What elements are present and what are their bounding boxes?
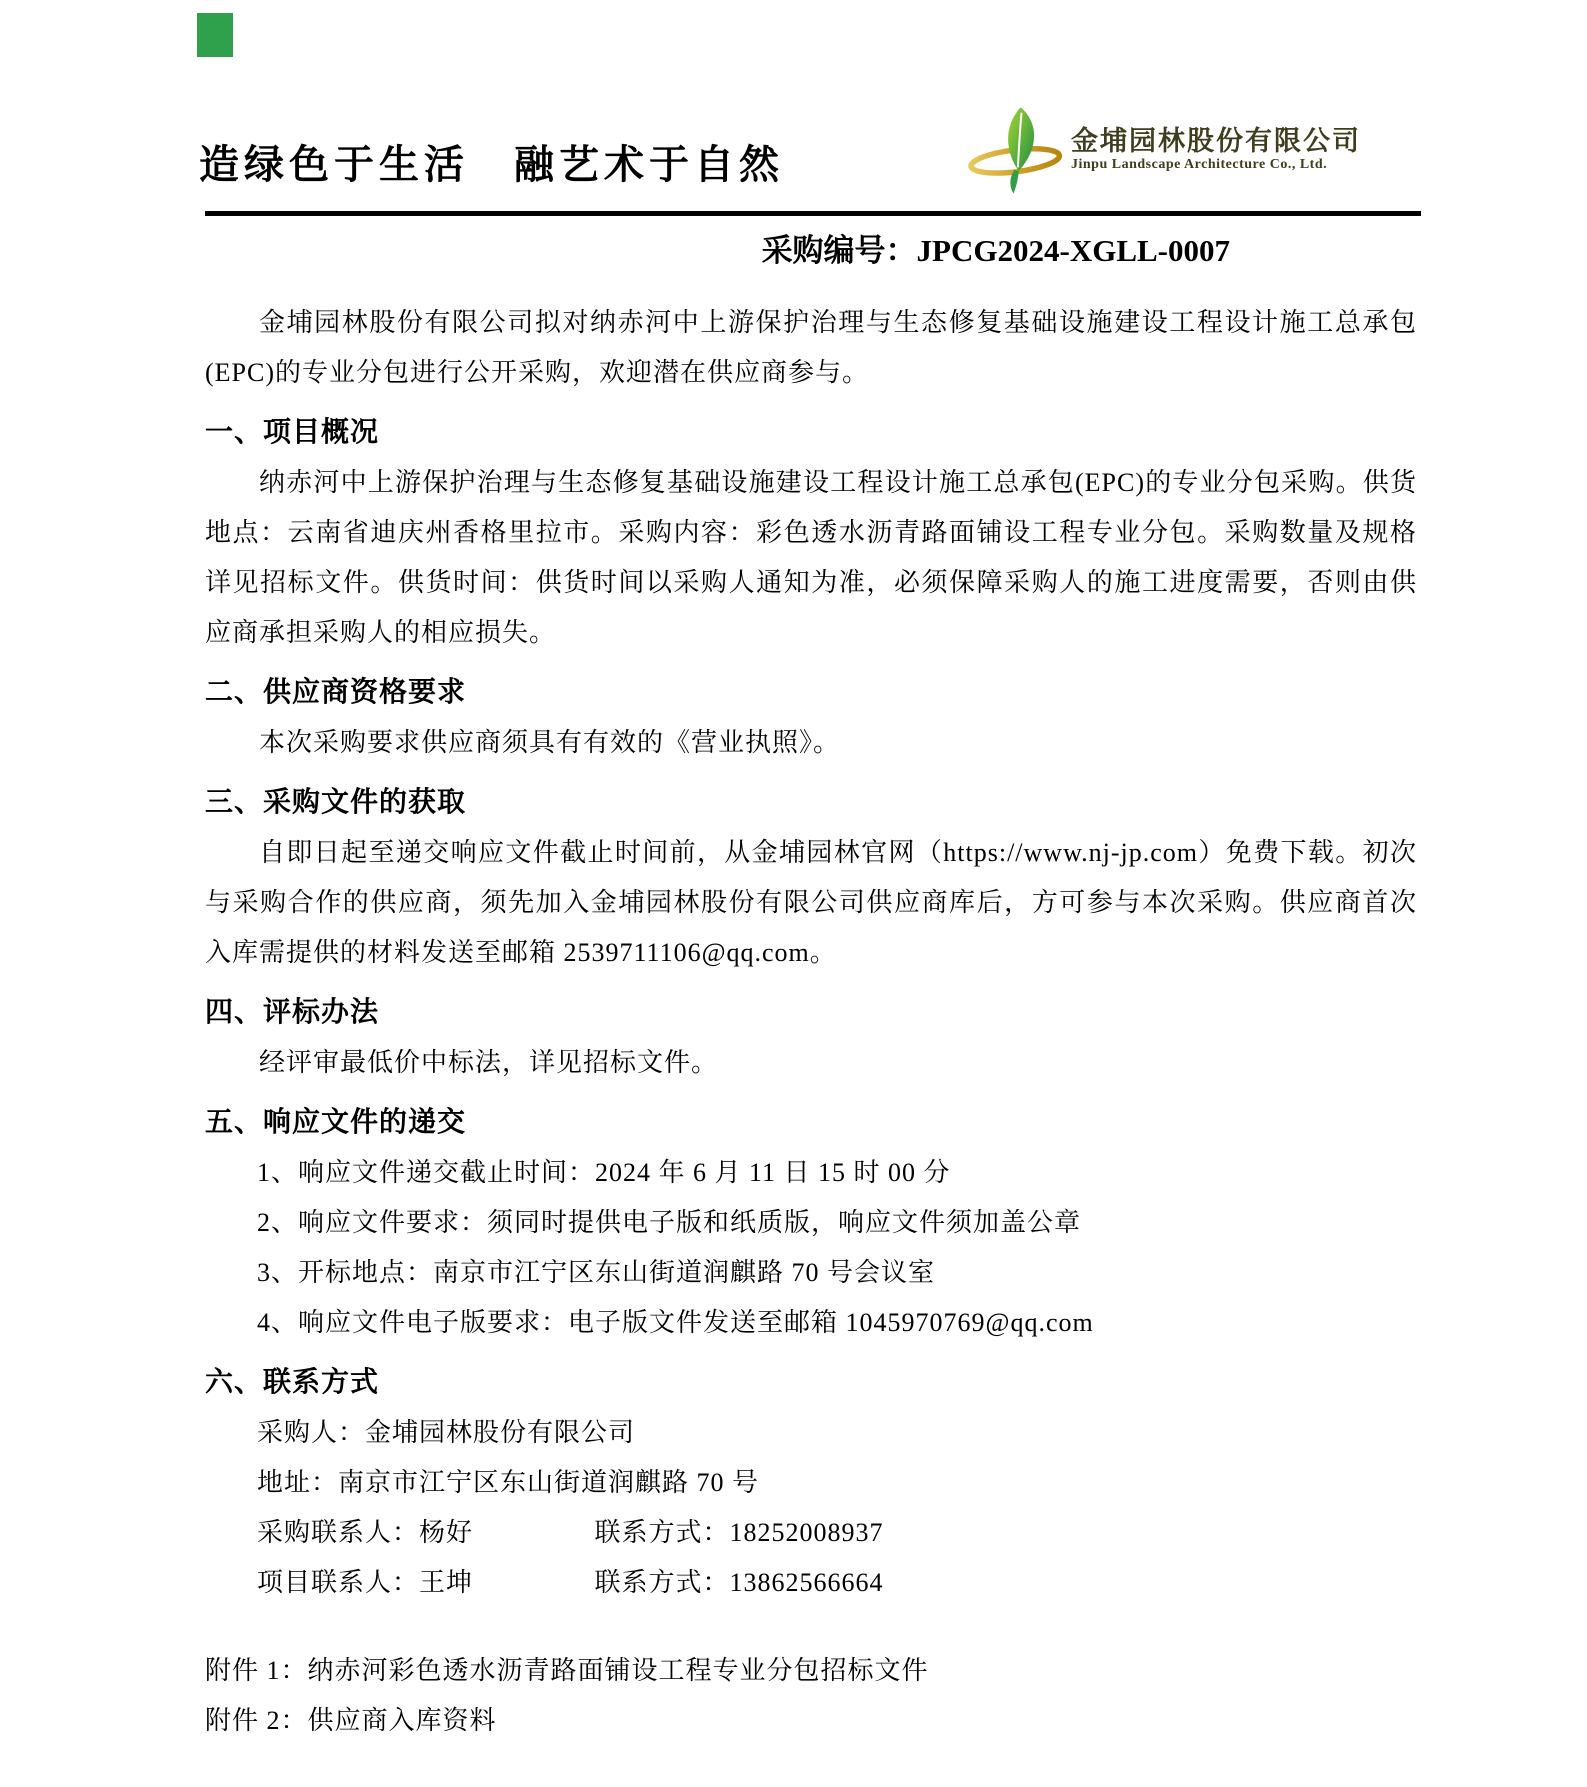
- contact-address: 地址：南京市江宁区东山街道润麒路 70 号: [257, 1458, 759, 1508]
- section-heading-evaluation-method: 四、评标办法: [205, 988, 1417, 1038]
- contact-phone-procurement: 联系方式：18252008937: [595, 1518, 884, 1547]
- evaluation-method-paragraph: 经评审最低价中标法，详见招标文件。: [205, 1038, 1417, 1088]
- attachment-2: 附件 2：供应商入库资料: [205, 1696, 1417, 1746]
- company-logo: 金埔园林股份有限公司 Jinpu Landscape Architecture …: [967, 104, 1361, 196]
- section-heading-response-submission: 五、响应文件的递交: [205, 1098, 1417, 1148]
- company-name-en: Jinpu Landscape Architecture Co., Ltd.: [1071, 156, 1361, 174]
- document-body: 采购编号：JPCG2024-XGLL-0007 金埔园林股份有限公司拟对纳赤河中…: [205, 230, 1417, 1746]
- contact-person-project: 项目联系人：王坤: [257, 1558, 587, 1608]
- contact-purchaser: 采购人：金埔园林股份有限公司: [257, 1408, 635, 1458]
- document-page: 造绿色于生活 融艺术于自然: [0, 0, 1587, 1787]
- header-divider: [205, 211, 1421, 216]
- submission-item-bid-opening-location: 3、开标地点：南京市江宁区东山街道润麒路 70 号会议室: [205, 1248, 1417, 1298]
- document-acquisition-paragraph: 自即日起至递交响应文件截止时间前，从金埔园林官网（https://www.nj-…: [205, 828, 1417, 978]
- contact-row-purchaser: 采购人：金埔园林股份有限公司: [205, 1408, 1417, 1458]
- section-heading-document-acquisition: 三、采购文件的获取: [205, 778, 1417, 828]
- attachment-1: 附件 1：纳赤河彩色透水沥青路面铺设工程专业分包招标文件: [205, 1646, 1417, 1696]
- supplier-qualification-paragraph: 本次采购要求供应商须具有有效的《营业执照》。: [205, 718, 1417, 768]
- attachments-list: 附件 1：纳赤河彩色透水沥青路面铺设工程专业分包招标文件 附件 2：供应商入库资…: [205, 1646, 1417, 1746]
- section-heading-contact-info: 六、联系方式: [205, 1358, 1417, 1408]
- submission-item-electronic-copy: 4、响应文件电子版要求：电子版文件发送至邮箱 1045970769@qq.com: [205, 1298, 1417, 1348]
- company-name-cn: 金埔园林股份有限公司: [1071, 126, 1361, 156]
- company-slogan: 造绿色于生活 融艺术于自然: [199, 133, 784, 190]
- company-logo-text: 金埔园林股份有限公司 Jinpu Landscape Architecture …: [1071, 126, 1361, 174]
- contact-row-procurement: 采购联系人：杨好 联系方式：18252008937: [205, 1508, 1417, 1558]
- procurement-number: 采购编号：JPCG2024-XGLL-0007: [205, 230, 1417, 272]
- contact-row-address: 地址：南京市江宁区东山街道润麒路 70 号: [205, 1458, 1417, 1508]
- contact-person-procurement: 采购联系人：杨好: [257, 1508, 587, 1558]
- contact-phone-project: 联系方式：13862566664: [595, 1568, 884, 1597]
- section-heading-supplier-qualification: 二、供应商资格要求: [205, 668, 1417, 718]
- intro-paragraph: 金埔园林股份有限公司拟对纳赤河中上游保护治理与生态修复基础设施建设工程设计施工总…: [205, 298, 1417, 398]
- letterhead: 造绿色于生活 融艺术于自然: [205, 0, 1421, 216]
- leaf-swoosh-icon: [967, 104, 1067, 196]
- contact-row-project: 项目联系人：王坤 联系方式：13862566664: [205, 1558, 1417, 1608]
- section-heading-project-overview: 一、项目概况: [205, 408, 1417, 458]
- submission-item-deadline: 1、响应文件递交截止时间：2024 年 6 月 11 日 15 时 00 分: [205, 1148, 1417, 1198]
- submission-item-format-requirement: 2、响应文件要求：须同时提供电子版和纸质版，响应文件须加盖公章: [205, 1198, 1417, 1248]
- project-overview-paragraph: 纳赤河中上游保护治理与生态修复基础设施建设工程设计施工总承包(EPC)的专业分包…: [205, 458, 1417, 658]
